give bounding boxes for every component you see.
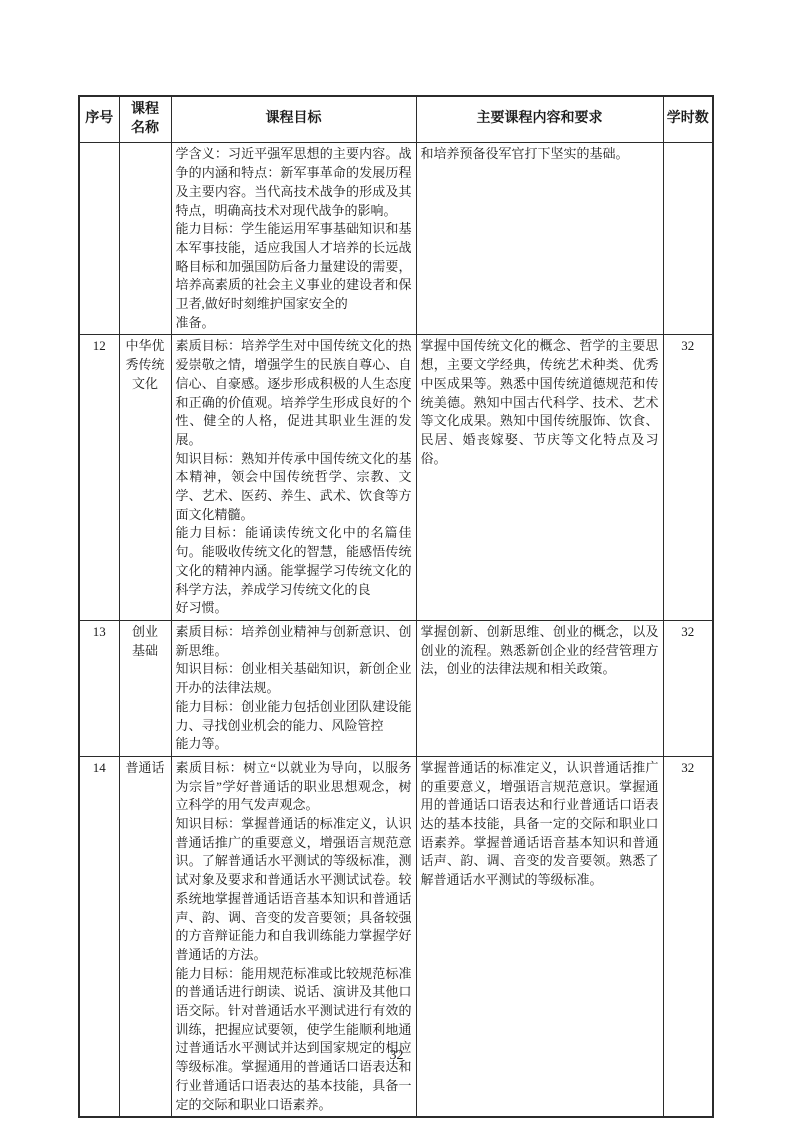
course-name-cell: 创业 基础: [119, 620, 171, 756]
course-objectives-cell: 素质目标：培养创业精神与创新意识、创新思维。 知识目标：创业相关基础知识，新创企…: [171, 620, 416, 756]
course-name-cell: 中华优 秀传统 文化: [119, 335, 171, 621]
course-no-cell: 13: [79, 620, 119, 756]
header-col-name: 课程 名称: [119, 96, 171, 143]
course-hours-cell: 32: [663, 620, 713, 756]
course-objectives-cell: 素质目标：培养学生对中国传统文化的热爱崇敬之情，增强学生的民族自尊心、自信心、自…: [171, 335, 416, 621]
header-col-no: 序号: [79, 96, 119, 143]
course-content-cell: 掌握中国传统文化的概念、哲学的主要思想，主要文学经典，传统艺术种类、优秀中医成果…: [416, 335, 663, 621]
page-number: 32: [0, 1048, 793, 1064]
course-no-cell: 12: [79, 335, 119, 621]
course-no-cell: [79, 143, 119, 335]
courses-table: 序号 课程 名称 课程目标 主要课程内容和要求 学时数 学含义：习近平强军思想的…: [78, 95, 714, 1118]
course-row-13: 13 创业 基础 素质目标：培养创业精神与创新意识、创新思维。 知识目标：创业相…: [79, 620, 713, 756]
header-col-objectives: 课程目标: [171, 96, 416, 143]
course-row-continuation: 学含义：习近平强军思想的主要内容。战争的内涵和特点：新军事革命的发展历程及主要内…: [79, 143, 713, 335]
course-row-12: 12 中华优 秀传统 文化 素质目标：培养学生对中国传统文化的热爱崇敬之情，增强…: [79, 335, 713, 621]
header-col-content: 主要课程内容和要求: [416, 96, 663, 143]
document-page: 序号 课程 名称 课程目标 主要课程内容和要求 学时数 学含义：习近平强军思想的…: [0, 0, 793, 1122]
course-hours-cell: [663, 143, 713, 335]
course-hours-cell: 32: [663, 335, 713, 621]
course-name-cell: [119, 143, 171, 335]
course-content-cell: 掌握创新、创新思维、创业的概念，以及创业的流程。熟悉新创企业的经营管理方法，创业…: [416, 620, 663, 756]
header-col-hours: 学时数: [663, 96, 713, 143]
table-header-row: 序号 课程 名称 课程目标 主要课程内容和要求 学时数: [79, 96, 713, 143]
course-content-cell: 和培养预备役军官打下坚实的基础。: [416, 143, 663, 335]
course-objectives-cell: 学含义：习近平强军思想的主要内容。战争的内涵和特点：新军事革命的发展历程及主要内…: [171, 143, 416, 335]
